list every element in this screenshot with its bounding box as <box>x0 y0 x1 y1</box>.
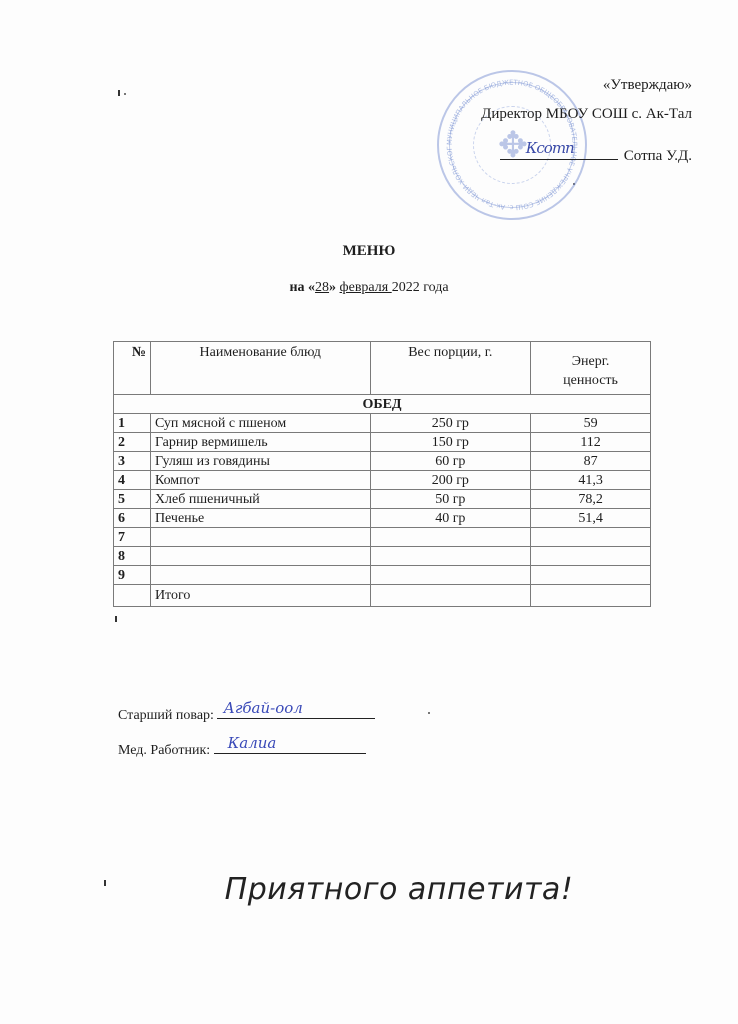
date-mid: » <box>329 280 340 295</box>
row-number: 6 <box>114 509 151 528</box>
date-day: 28 <box>315 280 329 295</box>
portion-weight: 60 гр <box>370 452 531 471</box>
table-row: 9 <box>114 566 651 585</box>
section-label: ОБЕД <box>114 395 651 414</box>
total-row: Итого <box>114 585 651 607</box>
column-header-weight: Вес порции, г. <box>370 342 531 395</box>
portion-weight: 250 гр <box>370 414 531 433</box>
portion-weight: 40 гр <box>370 509 531 528</box>
approver-signature-line: Ксотп Сотпа У.Д. <box>500 145 692 165</box>
dish-name: Печенье <box>150 509 370 528</box>
dish-name <box>150 547 370 566</box>
portion-weight <box>370 547 531 566</box>
table-row: 5Хлеб пшеничный50 гр78,2 <box>114 490 651 509</box>
row-number: 5 <box>114 490 151 509</box>
approver-position: Директор МБОУ СОШ с. Ак-Тал <box>481 106 692 123</box>
energy-value: 87 <box>531 452 651 471</box>
total-number-cell <box>114 585 151 607</box>
section-row: ОБЕД <box>114 395 651 414</box>
chef-label: Старший повар: <box>118 708 214 723</box>
row-number: 2 <box>114 433 151 452</box>
row-number: 8 <box>114 547 151 566</box>
row-number: 3 <box>114 452 151 471</box>
table-header-row: № Наименование блюд Вес порции, г. Энерг… <box>114 342 651 395</box>
energy-value <box>531 566 651 585</box>
row-number: 1 <box>114 414 151 433</box>
dish-name: Гуляш из говядины <box>150 452 370 471</box>
energy-value: 112 <box>531 433 651 452</box>
energy-value: 41,3 <box>531 471 651 490</box>
dish-name: Хлеб пшеничный <box>150 490 370 509</box>
energy-value: 78,2 <box>531 490 651 509</box>
table-row: 6Печенье40 гр51,4 <box>114 509 651 528</box>
table-row: 1Суп мясной с пшеном250 гр59 <box>114 414 651 433</box>
total-energy <box>531 585 651 607</box>
column-header-energy: Энерг. ценность <box>531 342 651 395</box>
signature-field: Ксотп <box>500 145 618 160</box>
menu-date: на «28» февраля 2022 года <box>0 280 738 296</box>
energy-value: 59 <box>531 414 651 433</box>
column-header-dish: Наименование блюд <box>150 342 370 395</box>
row-number: 9 <box>114 566 151 585</box>
scan-mark <box>428 712 430 714</box>
table-row: 2Гарнир вермишель150 гр112 <box>114 433 651 452</box>
date-month: февраля <box>340 280 392 295</box>
menu-table: № Наименование блюд Вес порции, г. Энерг… <box>113 341 651 607</box>
column-header-energy-text: Энерг. ценность <box>556 352 626 390</box>
total-weight <box>370 585 531 607</box>
portion-weight <box>370 528 531 547</box>
table-row: 3Гуляш из говядины60 гр87 <box>114 452 651 471</box>
scan-mark <box>115 616 117 622</box>
total-label: Итого <box>150 585 370 607</box>
dish-name <box>150 528 370 547</box>
closing-message: Приятного аппетита! <box>0 872 738 907</box>
energy-value <box>531 547 651 566</box>
approval-title: «Утверждаю» <box>603 77 692 94</box>
med-signature: Калиа <box>228 734 277 752</box>
date-year: 2022 года <box>392 280 449 295</box>
portion-weight: 200 гр <box>370 471 531 490</box>
portion-weight: 150 гр <box>370 433 531 452</box>
dish-name <box>150 566 370 585</box>
dish-name: Гарнир вермишель <box>150 433 370 452</box>
med-label: Мед. Работник: <box>118 743 210 758</box>
energy-value <box>531 528 651 547</box>
portion-weight <box>370 566 531 585</box>
chef-signature-line: Старший повар: Агбай-оол <box>118 703 375 724</box>
portion-weight: 50 гр <box>370 490 531 509</box>
director-signature: Ксотп <box>526 139 574 157</box>
med-signature-field: Калиа <box>214 738 366 754</box>
energy-value: 51,4 <box>531 509 651 528</box>
table-row: 4Компот200 гр41,3 <box>114 471 651 490</box>
med-signature-line: Мед. Работник: Калиа <box>118 738 366 759</box>
page-title: МЕНЮ <box>0 243 738 260</box>
approver-name: Сотпа У.Д. <box>624 148 692 164</box>
column-header-number: № <box>114 342 151 395</box>
table-row: 7 <box>114 528 651 547</box>
scan-mark <box>118 90 120 96</box>
scan-mark <box>124 93 126 95</box>
chef-signature-field: Агбай-оол <box>217 703 375 719</box>
dish-name: Компот <box>150 471 370 490</box>
table-row: 8 <box>114 547 651 566</box>
date-prefix: на « <box>289 280 315 295</box>
dish-name: Суп мясной с пшеном <box>150 414 370 433</box>
row-number: 4 <box>114 471 151 490</box>
row-number: 7 <box>114 528 151 547</box>
chef-signature: Агбай-оол <box>223 699 302 717</box>
